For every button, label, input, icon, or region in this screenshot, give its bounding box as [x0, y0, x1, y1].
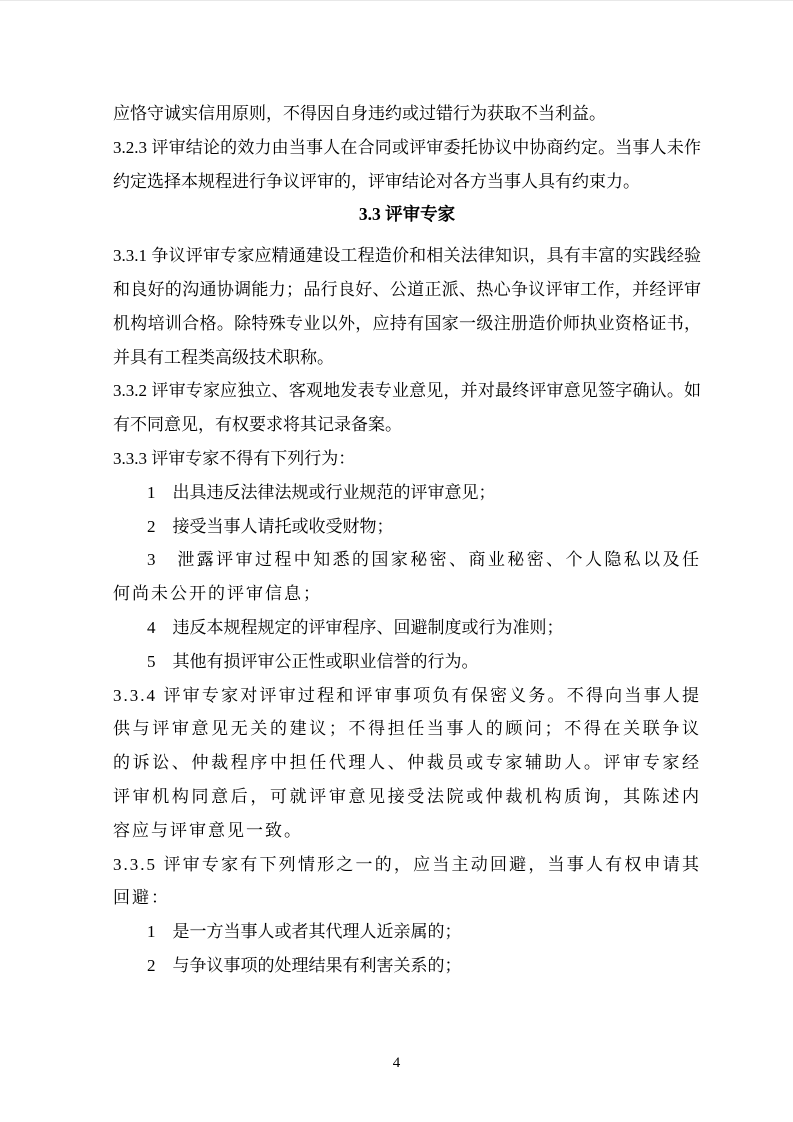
list-item-5: 5 其他有损评审公正性或职业信誉的行为。 [113, 645, 701, 679]
list-item-2: 2 接受当事人请托或收受财物； [113, 510, 701, 544]
clause-3-3-1: 3.3.1 争议评审专家应精通建设工程造价和相关法律知识，具有丰富的实践经验和良… [113, 239, 701, 374]
document-body: 应恪守诚实信用原则，不得因自身违约或过错行为获取不当利益。 3.2.3 评审结论… [113, 97, 701, 983]
clause-3-3-2: 3.3.2 评审专家应独立、客观地发表专业意见，并对最终评审意见签字确认。如有不… [113, 374, 701, 442]
list-item-1: 1 出具违反法律法规或行业规范的评审意见； [113, 476, 701, 510]
list-item-recuse-1: 1 是一方当事人或者其代理人近亲属的； [113, 915, 701, 949]
section-heading-3-3: 3.3 评审专家 [113, 198, 701, 232]
clause-3-3-3: 3.3.3 评审专家不得有下列行为： [113, 442, 701, 476]
paragraph-continuation: 应恪守诚实信用原则，不得因自身违约或过错行为获取不当利益。 [113, 97, 701, 131]
clause-3-2-3: 3.2.3 评审结论的效力由当事人在合同或评审委托协议中协商约定。当事人未作约定… [113, 131, 701, 199]
list-item-recuse-2: 2 与争议事项的处理结果有利害关系的； [113, 949, 701, 983]
clause-3-3-5: 3.3.5 评审专家有下列情形之一的，应当主动回避，当事人有权申请其回避： [113, 848, 701, 916]
page-number: 4 [0, 1049, 793, 1077]
document-page: 应恪守诚实信用原则，不得因自身违约或过错行为获取不当利益。 3.2.3 评审结论… [0, 0, 793, 1122]
clause-3-3-4: 3.3.4 评审专家对评审过程和评审事项负有保密义务。不得向当事人提供与评审意见… [113, 679, 701, 848]
list-item-3: 3 泄露评审过程中知悉的国家秘密、商业秘密、个人隐私以及任何尚未公开的评审信息； [113, 543, 701, 611]
list-item-4: 4 违反本规程规定的评审程序、回避制度或行为准则； [113, 611, 701, 645]
